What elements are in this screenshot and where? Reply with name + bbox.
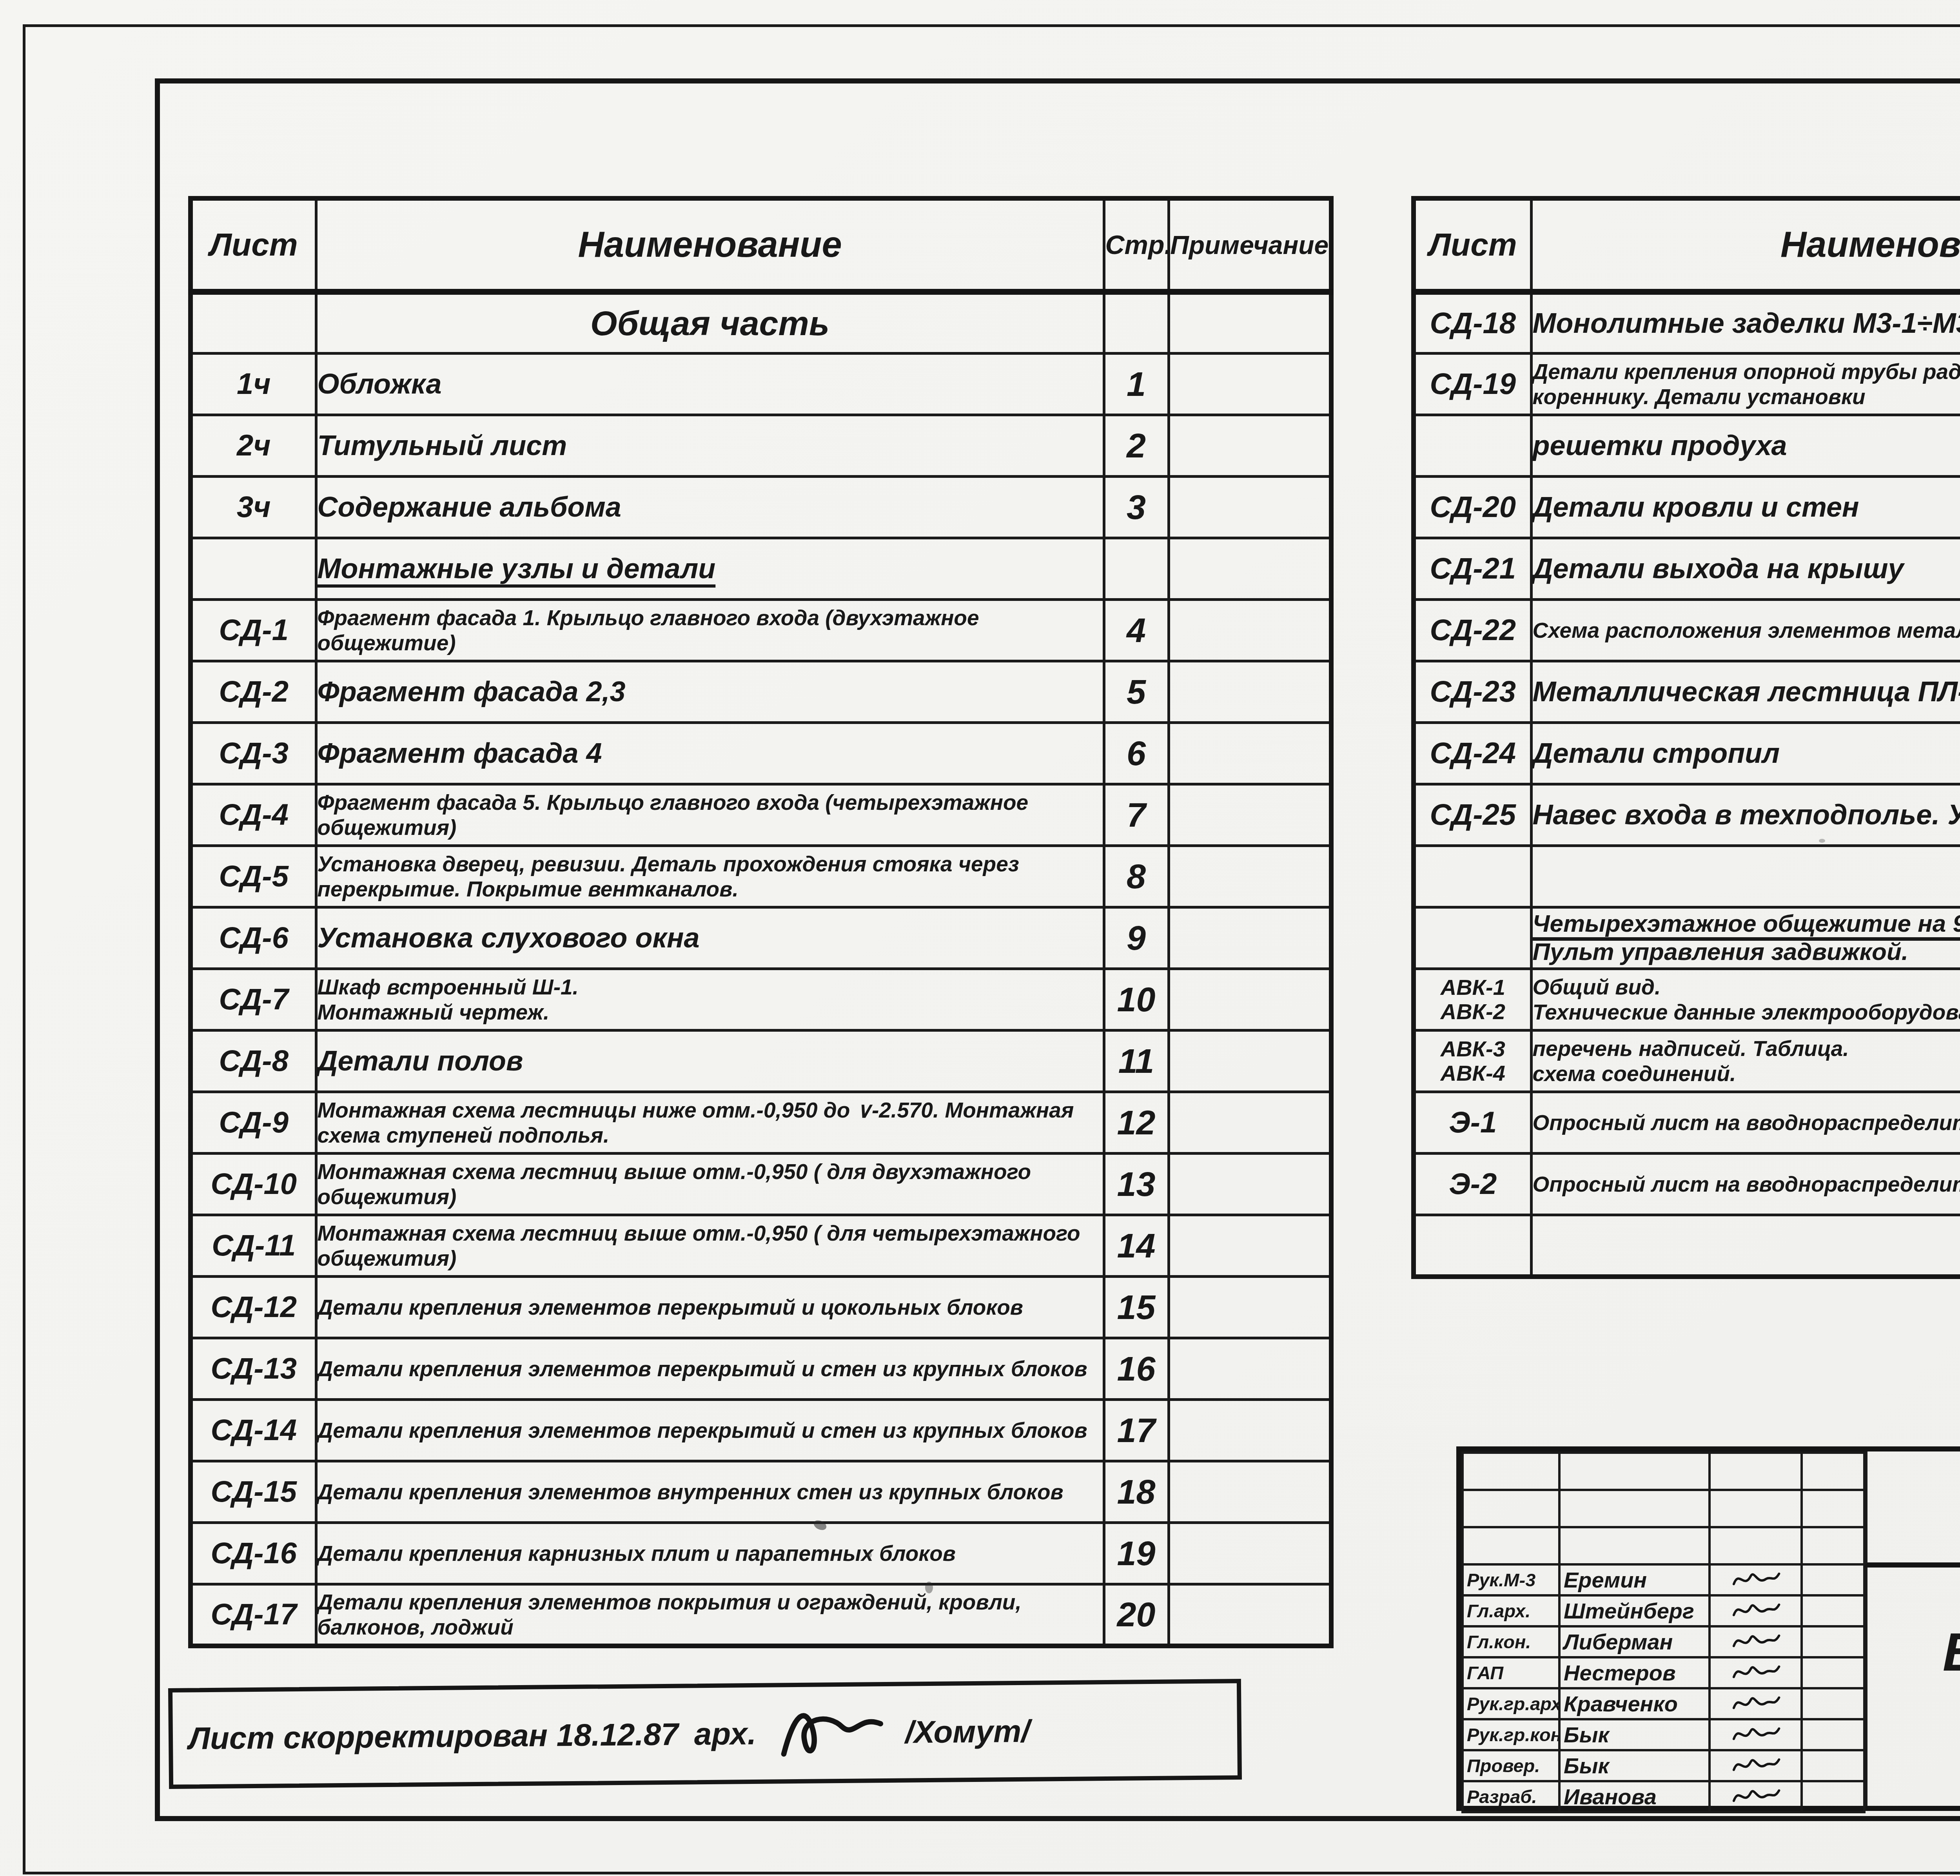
note-cell — [1169, 1031, 1331, 1092]
note-cell — [1169, 1154, 1331, 1215]
sheet-code-cell: СД-11 — [191, 1215, 316, 1277]
column-header-sheet: Лист — [1414, 198, 1531, 292]
column-header-sheet: Лист — [191, 198, 316, 292]
signatory-name: Бык — [1559, 1719, 1710, 1750]
page-number-cell: 7 — [1104, 784, 1169, 846]
sheet-code-cell: СД-6 — [191, 907, 316, 969]
page-number-cell: 13 — [1104, 1154, 1169, 1215]
page-number-cell: 2 — [1104, 415, 1169, 477]
scanned-drawing-sheet: 3 Лист Наименование Стр. Примечание Обща… — [0, 0, 1960, 1876]
drawing-title-cell: Четырехэтажное общежитие на 98 человек. … — [1531, 907, 1960, 969]
page-number-cell: 9 — [1104, 907, 1169, 969]
sheet-code-cell — [191, 538, 316, 600]
drawing-index-table-left: Лист Наименование Стр. Примечание Общая … — [188, 196, 1334, 1648]
date-cell — [1802, 1688, 1864, 1719]
drawing-title-cell: Детали стропил — [1531, 723, 1960, 784]
table-row: 1ч Обложка 1 — [191, 354, 1331, 415]
sheet-code-cell — [1414, 1215, 1531, 1277]
date-cell — [1802, 1564, 1864, 1595]
note-cell — [1169, 1092, 1331, 1154]
sheet-code-cell: СД-21 — [1414, 538, 1531, 600]
table-row: Монтажные узлы и детали — [191, 538, 1331, 600]
signature-icon — [1722, 1752, 1789, 1778]
table-row: СД-8 Детали полов 11 — [191, 1031, 1331, 1092]
sheet-code-cell: 3ч — [191, 477, 316, 538]
table-row: СД-2 Фрагмент фасада 2,3 5 — [191, 661, 1331, 723]
signatory-name: Бык — [1559, 1750, 1710, 1781]
drawing-title-cell: Детали крепления элементов покрытия и ог… — [316, 1584, 1104, 1646]
signatory-name: Штейнберг — [1559, 1595, 1710, 1626]
sheet-code-cell: СД-2 — [191, 661, 316, 723]
sheet-code-cell: СД-17 — [191, 1584, 316, 1646]
signatory-row: Провер. Бык — [1463, 1750, 1864, 1781]
ink-speck — [866, 1552, 872, 1558]
drawing-title-cell: Установка слухового окна — [316, 907, 1104, 969]
signature-cell — [1710, 1750, 1802, 1781]
note-cell — [1169, 354, 1331, 415]
table-row: СД-6 Установка слухового окна 9 — [191, 907, 1331, 969]
note-cell — [1169, 907, 1331, 969]
signature-cell — [1710, 1657, 1802, 1688]
note-cell — [1169, 784, 1331, 846]
drawing-title-cell: Монтажные узлы и детали — [316, 538, 1104, 600]
signatory-row: Рук.М-3 Еремин — [1463, 1564, 1864, 1595]
signatory-role: Гл.кон. — [1463, 1626, 1559, 1657]
page-number-cell: 17 — [1104, 1400, 1169, 1461]
table-row: СД-23 Металлическая лестница ПЛ-1. Узлы … — [1414, 661, 1960, 723]
drawing-title-cell: Установка дверец, ревизии. Деталь прохож… — [316, 846, 1104, 907]
sheet-code-cell: СД-7 — [191, 969, 316, 1031]
signatory-name: Кравченко — [1559, 1688, 1710, 1719]
drawing-title-cell: Фрагмент фасада 1. Крыльцо главного вход… — [316, 600, 1104, 661]
page-number-cell: 1 — [1104, 354, 1169, 415]
drawing-title-cell: Детали крепления карнизных плит и парапе… — [316, 1523, 1104, 1584]
signature-icon — [1722, 1566, 1789, 1592]
sheet-code-cell: СД-8 — [191, 1031, 316, 1092]
note-cell — [1169, 1215, 1331, 1277]
drawing-title-cell: Детали крепления элементов перекрытий и … — [316, 1338, 1104, 1400]
note-cell — [1169, 1461, 1331, 1523]
drawing-title-cell: Детали крепления элементов перекрытий и … — [316, 1400, 1104, 1461]
drawing-title-cell: Фрагмент фасада 5. Крыльцо главного вход… — [316, 784, 1104, 846]
signatory-role: Рук.гр.кон. — [1463, 1719, 1559, 1750]
signatory-role: Рук.М-3 — [1463, 1564, 1559, 1595]
note-cell — [1169, 600, 1331, 661]
table-row: СД-3 Фрагмент фасада 4 6 — [191, 723, 1331, 784]
signature-icon — [1722, 1783, 1789, 1809]
table-row: СД-22 Схема расположения элементов метал… — [1414, 600, 1960, 661]
note-cell — [1169, 1400, 1331, 1461]
table-row: СД-11 Монтажная схема лестниц выше отм.-… — [191, 1215, 1331, 1277]
sheet-code-cell: СД-9 — [191, 1092, 316, 1154]
date-cell — [1802, 1719, 1864, 1750]
signature-icon — [1722, 1721, 1789, 1747]
page-number-cell: 6 — [1104, 723, 1169, 784]
signature-cell — [1710, 1626, 1802, 1657]
sheet-code-cell: СД-1 — [191, 600, 316, 661]
page-number-cell: 5 — [1104, 661, 1169, 723]
table-row: СД-12 Детали крепления элементов перекры… — [191, 1277, 1331, 1338]
drawing-title-cell — [1531, 846, 1960, 907]
table-row: СД-19 Детали крепления опорной трубы рад… — [1414, 354, 1960, 415]
signatory-row: Рук.гр.арх Кравченко — [1463, 1688, 1864, 1719]
table-row: СД-17 Детали крепления элементов покрыти… — [191, 1584, 1331, 1646]
page-number-cell: 4 — [1104, 600, 1169, 661]
page-number-cell: 10 — [1104, 969, 1169, 1031]
sheet-code-cell: Э-2 — [1414, 1154, 1531, 1215]
drawing-title-cell: Монтажная схема лестниц выше отм.-0,950 … — [316, 1215, 1104, 1277]
sheet-code-cell: 1ч — [191, 354, 316, 415]
table-row — [1414, 1215, 1960, 1277]
column-header-page: Стр. — [1104, 198, 1169, 292]
date-cell — [1802, 1626, 1864, 1657]
sheet-code-cell — [1414, 415, 1531, 477]
drawing-title-cell: решетки продуха — [1531, 415, 1960, 477]
note-cell — [1169, 969, 1331, 1031]
table-row: Э-2 Опросный лист на вводнораспределител… — [1414, 1154, 1960, 1215]
sheet-code-cell: СД-3 — [191, 723, 316, 784]
drawing-title-cell: Монолитные заделки М3-1÷М3-9 — [1531, 292, 1960, 354]
table-row — [1414, 846, 1960, 907]
table-row: СД-24 Детали стропил 27 — [1414, 723, 1960, 784]
page-number-cell — [1104, 292, 1169, 354]
sheet-code-cell: СД-23 — [1414, 661, 1531, 723]
drawing-title-cell: Фрагмент фасада 4 — [316, 723, 1104, 784]
note-cell — [1169, 846, 1331, 907]
signatory-name: Либерман — [1559, 1626, 1710, 1657]
table-row: АВК-1АВК-2 Общий вид.Технические данные … — [1414, 969, 1960, 1031]
table-row: СД-20 Детали кровли и стен 23 — [1414, 477, 1960, 538]
table-header-row: Лист Наименование Стр. Примечание — [191, 198, 1331, 292]
signature-cell — [1710, 1688, 1802, 1719]
table-row: СД-9 Монтажная схема лестницы ниже отм.-… — [191, 1092, 1331, 1154]
table-row: СД-18 Монолитные заделки М3-1÷М3-9 21 — [1414, 292, 1960, 354]
drawing-title-cell: Опросный лист на вводнораспределительное… — [1531, 1154, 1960, 1215]
drawing-title-cell: Детали крепления элементов внутренних ст… — [316, 1461, 1104, 1523]
date-cell — [1802, 1750, 1864, 1781]
drawing-title-cell: Детали крепления элементов перекрытий и … — [316, 1277, 1104, 1338]
sheet-code-cell: СД-20 — [1414, 477, 1531, 538]
column-header-name: Наименование — [1531, 198, 1960, 292]
note-cell — [1169, 1277, 1331, 1338]
correction-note-box: Лист скорректирован 18.12.87 арх. /Хомут… — [168, 1679, 1242, 1789]
page-number-cell: 3 — [1104, 477, 1169, 538]
note-cell — [1169, 1338, 1331, 1400]
note-cell — [1169, 415, 1331, 477]
sheet-code-cell: СД-4 — [191, 784, 316, 846]
drawing-title-cell: Монтажная схема лестниц выше отм.-0,950 … — [316, 1154, 1104, 1215]
sheet-code-cell: СД-18 — [1414, 292, 1531, 354]
drawing-index-table-right: Лист Наименование Стр. Примечание СД-18 … — [1411, 196, 1960, 1279]
sheet-code-cell: Э-1 — [1414, 1092, 1531, 1154]
page-number-cell: 12 — [1104, 1092, 1169, 1154]
table-row: СД-15 Детали крепления элементов внутрен… — [191, 1461, 1331, 1523]
drawing-title-cell: Шкаф встроенный Ш-1.Монтажный чертеж. — [316, 969, 1104, 1031]
table-row: Четырехэтажное общежитие на 98 человек. … — [1414, 907, 1960, 969]
drawing-title-cell: Детали полов — [316, 1031, 1104, 1092]
table-row: СД-14 Детали крепления элементов перекры… — [191, 1400, 1331, 1461]
correction-arch-label: арх. — [694, 1715, 756, 1752]
note-cell — [1169, 723, 1331, 784]
sheet-code-cell: СД-25 — [1414, 784, 1531, 846]
table-row: решетки продуха 22 — [1414, 415, 1960, 477]
sheet-code-cell: СД-5 — [191, 846, 316, 907]
table-header-row: Лист Наименование Стр. Примечание — [1414, 198, 1960, 292]
signatory-name: Иванова — [1559, 1781, 1710, 1812]
signatory-row: Гл.кон. Либерман — [1463, 1626, 1864, 1657]
page-number-cell: 14 — [1104, 1215, 1169, 1277]
drawing-title-cell: Фрагмент фасада 2,3 — [316, 661, 1104, 723]
sheet-title-cell: Ведомость чертежей — [1863, 1568, 1960, 1806]
drawing-title-cell: Титульный лист — [316, 415, 1104, 477]
sheet-code-cell: АВК-3АВК-4 — [1414, 1031, 1531, 1092]
document-number-cell: 163-24-148.83, 163-24-149.83 — [1863, 1451, 1960, 1568]
sheet-code-cell: СД-16 — [191, 1523, 316, 1584]
page-number-cell: 16 — [1104, 1338, 1169, 1400]
note-cell — [1169, 1523, 1331, 1584]
sheet-code-cell: СД-10 — [191, 1154, 316, 1215]
note-cell — [1169, 661, 1331, 723]
date-cell — [1802, 1781, 1864, 1812]
signature-cell — [1710, 1781, 1802, 1812]
drawing-title-cell: Содержание альбома — [316, 477, 1104, 538]
sheet-code-cell — [191, 292, 316, 354]
table-row: СД-21 Детали выхода на крышу 24 — [1414, 538, 1960, 600]
table-row: СД-13 Детали крепления элементов перекры… — [191, 1338, 1331, 1400]
table-row: СД-25 Навес входа в техподполье. Узлы 28 — [1414, 784, 1960, 846]
title-block: Рук.М-3 Еремин Гл.арх. Штейнберг — [1456, 1446, 1960, 1811]
signature-icon — [1722, 1690, 1789, 1716]
table-row: Общая часть — [191, 292, 1331, 354]
signatory-role: Разраб. — [1463, 1781, 1559, 1812]
drawing-title-cell: Опросный лист на вводнораспределительное… — [1531, 1092, 1960, 1154]
note-cell — [1169, 538, 1331, 600]
date-cell — [1802, 1595, 1864, 1626]
sheet-code-cell: СД-19 — [1414, 354, 1531, 415]
page-number-cell: 20 — [1104, 1584, 1169, 1646]
drawing-title-cell: Общая часть — [316, 292, 1104, 354]
revision-row-empty — [1463, 1490, 1864, 1527]
signatory-name: Нестеров — [1559, 1657, 1710, 1688]
sheet-code-cell — [1414, 846, 1531, 907]
ink-speck — [1819, 839, 1825, 843]
column-header-name: Наименование — [316, 198, 1104, 292]
drawing-title-cell: Монтажная схема лестницы ниже отм.-0,950… — [316, 1092, 1104, 1154]
sheet-code-cell: СД-12 — [191, 1277, 316, 1338]
table-row: СД-16 Детали крепления карнизных плит и … — [191, 1523, 1331, 1584]
sheet-code-cell — [1414, 907, 1531, 969]
signatory-row: Гл.арх. Штейнберг — [1463, 1595, 1864, 1626]
signature-cell — [1710, 1595, 1802, 1626]
drawing-title-cell: Общий вид.Технические данные электрообор… — [1531, 969, 1960, 1031]
sheet-code-cell: СД-22 — [1414, 600, 1531, 661]
note-cell — [1169, 477, 1331, 538]
drawing-title-cell: перечень надписей. Таблица.схема соедине… — [1531, 1031, 1960, 1092]
correction-name: /Хомут/ — [905, 1713, 1030, 1750]
drawing-title-cell: Схема расположения элементов металлическ… — [1531, 600, 1960, 661]
page-number-cell: 8 — [1104, 846, 1169, 907]
signatory-role: ГАП — [1463, 1657, 1559, 1688]
signatory-row: Рук.гр.кон. Бык — [1463, 1719, 1864, 1750]
signatory-role: Провер. — [1463, 1750, 1559, 1781]
signatory-row: Разраб. Иванова — [1463, 1781, 1864, 1812]
signature-cell — [1710, 1564, 1802, 1595]
drawing-title-cell: Обложка — [316, 354, 1104, 415]
table-row: Э-1 Опросный лист на вводнораспределител… — [1414, 1092, 1960, 1154]
sheet-title-line1: Ведомость — [1943, 1618, 1960, 1687]
signatory-name: Еремин — [1559, 1564, 1710, 1595]
revision-row-empty — [1463, 1453, 1864, 1490]
sheet-code-cell: АВК-1АВК-2 — [1414, 969, 1531, 1031]
page-number-cell: 15 — [1104, 1277, 1169, 1338]
table-row: СД-4 Фрагмент фасада 5. Крыльцо главного… — [191, 784, 1331, 846]
section-subtitle: Пульт управления задвижкой. — [1533, 938, 1960, 966]
signature-table: Рук.М-3 Еремин Гл.арх. Штейнберг — [1461, 1451, 1866, 1813]
sheet-code-cell: СД-24 — [1414, 723, 1531, 784]
drawing-title-cell — [1531, 1215, 1960, 1277]
table-row: 3ч Содержание альбома 3 — [191, 477, 1331, 538]
table-row: 2ч Титульный лист 2 — [191, 415, 1331, 477]
signature-icon — [1722, 1628, 1789, 1654]
page-number-cell: 11 — [1104, 1031, 1169, 1092]
drawing-title-cell: Детали выхода на крышу — [1531, 538, 1960, 600]
signatory-row: ГАП Нестеров — [1463, 1657, 1864, 1688]
correction-note-text: Лист скорректирован 18.12.87 — [189, 1716, 679, 1756]
sheet-code-cell: СД-15 — [191, 1461, 316, 1523]
table-row: АВК-3АВК-4 перечень надписей. Таблица.сх… — [1414, 1031, 1960, 1092]
sheet-code-cell: СД-14 — [191, 1400, 316, 1461]
drawing-title-cell: Детали крепления опорной трубы радиостой… — [1531, 354, 1960, 415]
page-number-cell: 19 — [1104, 1523, 1169, 1584]
table-row: СД-7 Шкаф встроенный Ш-1.Монтажный черте… — [191, 969, 1331, 1031]
signatory-role: Рук.гр.арх — [1463, 1688, 1559, 1719]
drawing-title-cell: Навес входа в техподполье. Узлы — [1531, 784, 1960, 846]
ink-speck — [925, 1582, 933, 1593]
table-row: СД-5 Установка дверец, ревизии. Деталь п… — [191, 846, 1331, 907]
signature-icon — [1722, 1597, 1789, 1623]
drawing-title-cell: Детали кровли и стен — [1531, 477, 1960, 538]
sheet-code-cell: СД-13 — [191, 1338, 316, 1400]
section-title-underlined: Четырехэтажное общежитие на 98 человек. — [1533, 910, 1960, 938]
column-header-note: Примечание — [1169, 198, 1331, 292]
date-cell — [1802, 1657, 1864, 1688]
note-cell — [1169, 1584, 1331, 1646]
architect-signature-icon — [771, 1703, 889, 1763]
table-row: СД-10 Монтажная схема лестниц выше отм.-… — [191, 1154, 1331, 1215]
table-row: СД-1 Фрагмент фасада 1. Крыльцо главного… — [191, 600, 1331, 661]
revision-row-empty — [1463, 1527, 1864, 1564]
sheet-code-cell: 2ч — [191, 415, 316, 477]
signature-icon — [1722, 1659, 1789, 1685]
page-number-cell — [1104, 538, 1169, 600]
note-cell — [1169, 292, 1331, 354]
drawing-title-cell: Металлическая лестница ПЛ-1. Узлы — [1531, 661, 1960, 723]
page-number-cell: 18 — [1104, 1461, 1169, 1523]
signatory-role: Гл.арх. — [1463, 1595, 1559, 1626]
signature-cell — [1710, 1719, 1802, 1750]
